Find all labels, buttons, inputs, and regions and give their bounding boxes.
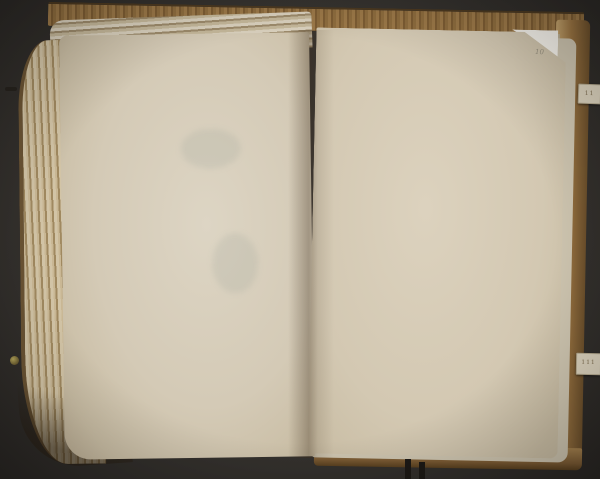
clasp-catch: [5, 87, 17, 91]
gutter-shadow: [288, 30, 334, 458]
fore-edge-tab: 11: [578, 84, 600, 105]
text-column-right-1: spsniu pmanendo muniun.Iuserba oueru dum…: [320, 58, 453, 417]
fore-edge-tab: 111: [576, 353, 600, 375]
text-column-right-2: langobardorum. rexarma quibusdis minatus…: [448, 58, 565, 412]
cradle-leg: [405, 459, 411, 479]
text-column-left-1: cumlaudibs pmeruuisinlustris riduarorusq…: [94, 64, 219, 418]
cradle-leg: [419, 462, 425, 479]
page-number: 10: [535, 48, 544, 56]
clasp-stud: [10, 356, 19, 365]
manuscript-photo: cumlaudibs pmeruuisinlustris riduarorusq…: [0, 0, 600, 479]
left-page: cumlaudibs pmeruuisinlustris riduarorusq…: [59, 32, 315, 459]
right-page: 10 spsniu pmanendo muniun.Iuserba oueru …: [308, 27, 567, 458]
